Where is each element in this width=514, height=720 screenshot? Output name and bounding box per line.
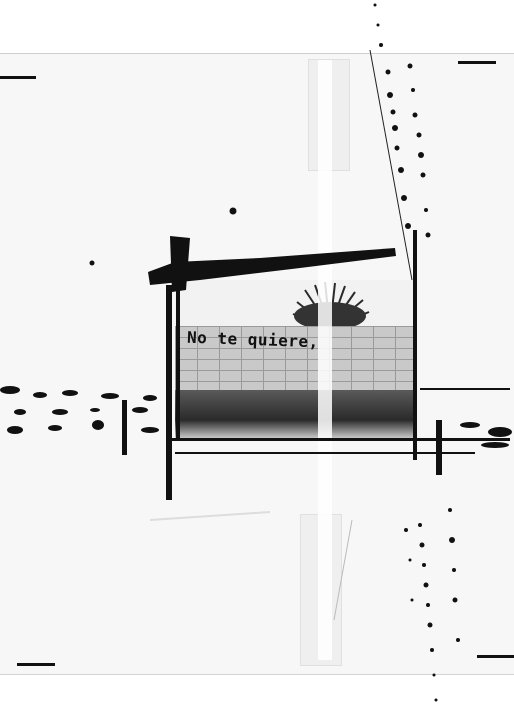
- ink-splatters: [0, 0, 514, 720]
